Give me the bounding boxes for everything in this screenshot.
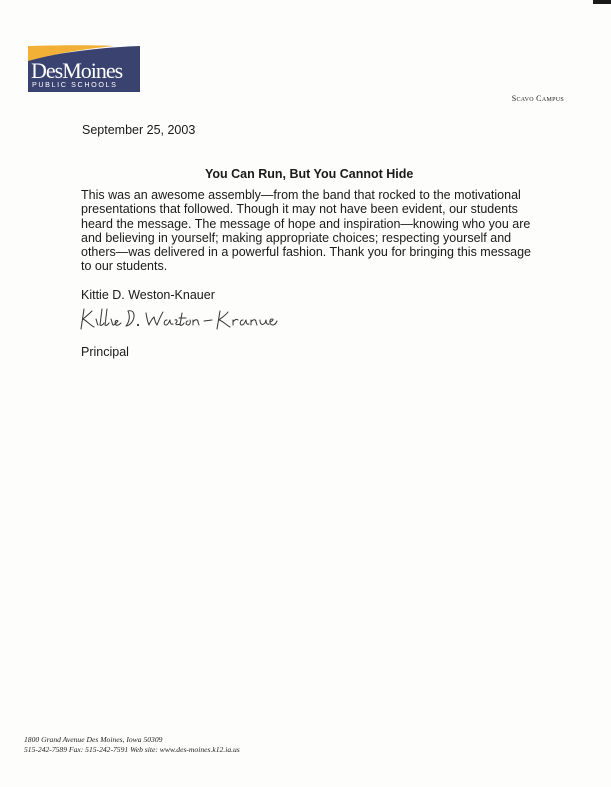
footer-contact: 515-242-7589 Fax: 515-242-7591 Web site:… — [24, 745, 240, 755]
logo-subtitle: PUBLIC SCHOOLS — [32, 81, 118, 88]
handwritten-signature — [78, 303, 278, 338]
campus-name: Scavo Campus — [512, 94, 564, 103]
letter-title: You Can Run, But You Cannot Hide — [205, 167, 413, 181]
logo-name: DesMoines — [31, 60, 122, 82]
signature-icon — [78, 303, 278, 333]
scan-corner-mark — [593, 0, 611, 4]
des-moines-public-schools-logo: DesMoines PUBLIC SCHOOLS — [28, 44, 140, 92]
letter-date: September 25, 2003 — [82, 123, 195, 137]
signer-title: Principal — [81, 345, 129, 359]
letter-body: This was an awesome assembly—from the ba… — [81, 188, 541, 274]
footer: 1800 Grand Avenue Des Moines, Iowa 50309… — [24, 735, 240, 755]
footer-address: 1800 Grand Avenue Des Moines, Iowa 50309 — [24, 735, 240, 745]
signer-name: Kittie D. Weston-Knauer — [81, 288, 215, 302]
